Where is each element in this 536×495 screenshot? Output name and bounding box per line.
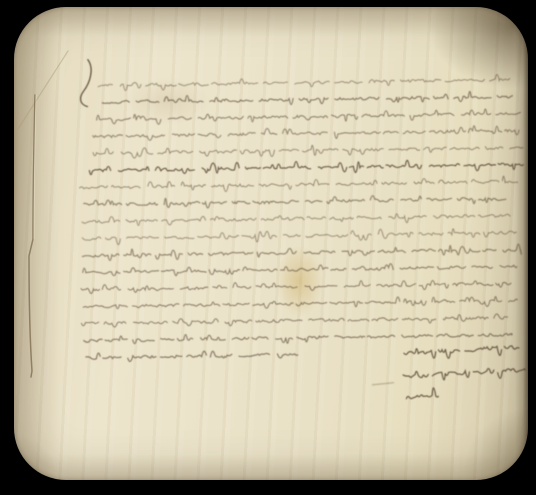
slide-background bbox=[0, 0, 536, 495]
signature-block bbox=[371, 343, 526, 401]
handwriting-text-block bbox=[78, 54, 526, 363]
manuscript-photo bbox=[14, 7, 528, 480]
handwriting-overlay bbox=[14, 7, 528, 480]
parchment-creases bbox=[18, 51, 68, 377]
